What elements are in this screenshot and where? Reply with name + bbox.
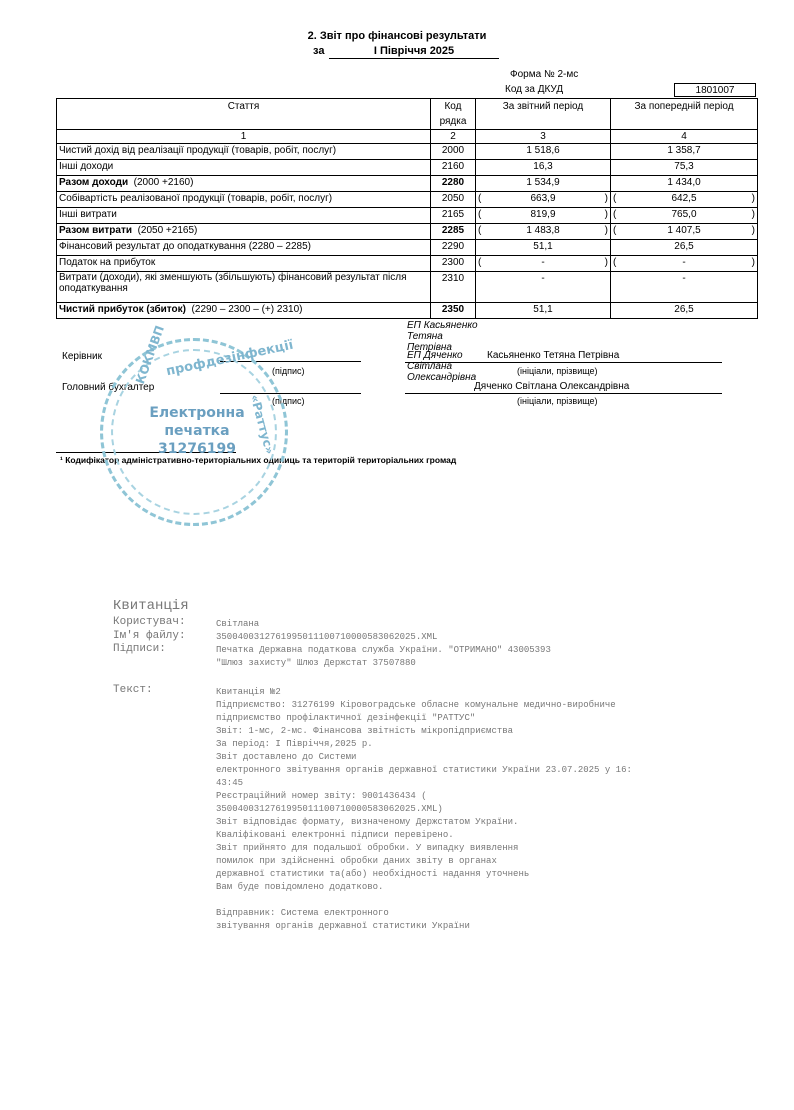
table-row: Витрати (доходи), які зменшують (збільшу… [57,272,758,303]
report-title: 2. Звіт про фінансові результати [0,30,794,42]
row-label: Собівартість реалізованої продукції (тов… [57,192,431,208]
row-current-value: - [476,272,611,303]
electronic-stamp: КОКМВП профдезінфекції «Раттус» Електрон… [100,338,288,526]
period-value: І Півріччя 2025 [329,45,499,59]
header-article: Стаття [57,99,431,130]
table-row: Разом витрати (2050 +2165)2285(1 483,8)(… [57,224,758,240]
receipt-text-line: електронного звітування органів державно… [216,764,632,777]
row-code: 2000 [431,144,476,160]
row-current-value: (-) [476,256,611,272]
row-current-value: 16,3 [476,160,611,176]
row-label-text: Інші витрати [59,209,117,220]
row-current-value: (819,9) [476,208,611,224]
row-previous-value: 26,5 [611,240,758,256]
receipt-text-line: 35004003127619950111007100005830620​25.X… [216,803,632,816]
col-num: 1 [57,130,431,144]
table-row: Собівартість реалізованої продукції (тов… [57,192,758,208]
row-label-text: Чистий дохід від реалізації продукції (т… [59,145,336,156]
accountant-name-line [405,393,722,394]
row-current-value: 51,1 [476,303,611,319]
receipt-sign-2: "Шлюз захисту" Шлюз Держстат 37507880 [216,657,416,670]
row-code: 2165 [431,208,476,224]
row-code: 2300 [431,256,476,272]
receipt-text-line: Підприємство: 31276199 Кіровоградське об… [216,699,632,712]
receipt-text-line: Звіт доставлено до Системи [216,751,632,764]
receipt-file-value: 35004003127619950111007100005830620​25.X… [216,631,437,644]
receipt-text-line: помилок при здійсненні обробки даних зві… [216,855,632,868]
table-row: Інші витрати2165(819,9)(765,0) [57,208,758,224]
director-signature-hint: (підпис) [272,366,305,376]
accountant-name-hint: (ініціали, прізвище) [517,396,598,406]
stamp-line2: печатка [103,423,291,439]
row-code: 2350 [431,303,476,319]
row-previous-value: (1 407,5) [611,224,758,240]
receipt-text-line: підприємство профілактичної дезінфекції … [216,712,632,725]
receipt-title: Квитанція [113,598,189,614]
receipt-text-line [216,894,632,907]
row-label-text: Податок на прибуток [59,257,155,268]
period-prefix: за [313,45,324,57]
receipt-text-line: Відправник: Система електронного [216,907,632,920]
receipt-text-line: Вам буде повідомлено додатково. [216,881,632,894]
row-previous-value: (642,5) [611,192,758,208]
row-label-text: (2000 +2160) [134,177,194,188]
receipt-text-line: звітування органів державної статистики … [216,920,632,933]
row-label: Разом доходи (2000 +2160) [57,176,431,192]
row-label: Чистий прибуток (збиток) (2290 – 2300 – … [57,303,431,319]
receipt-text-body: Квитанція №2Підприємство: 31276199 Кіров… [216,686,632,933]
receipt-text-line: Квитанція №2 [216,686,632,699]
stamp-line3: 31276199 [103,441,291,457]
director-label: Керівник [62,351,102,362]
table-row: Фінансовий результат до оподаткування (2… [57,240,758,256]
row-label: Інші витрати [57,208,431,224]
row-label: Фінансовий результат до оподаткування (2… [57,240,431,256]
table-header-row: Стаття Код рядка За звітний період За по… [57,99,758,130]
row-label: Разом витрати (2050 +2165) [57,224,431,240]
row-current-value: 51,1 [476,240,611,256]
row-label: Інші доходи [57,160,431,176]
row-current-value: 1 534,9 [476,176,611,192]
row-previous-value: 75,3 [611,160,758,176]
row-previous-value: - [611,272,758,303]
receipt-text-line: 43:45 [216,777,632,790]
col-num: 3 [476,130,611,144]
header-current: За звітний період [476,99,611,130]
stamp-line1: Електронна [103,405,291,421]
row-code: 2290 [431,240,476,256]
receipt-user-label: Користувач: [113,616,186,628]
director-name-hint: (ініціали, прізвище) [517,366,598,376]
row-previous-value: (-) [611,256,758,272]
receipt-text-label: Текст: [113,684,153,696]
row-code: 2285 [431,224,476,240]
director-electronic-signature: ЕП Касьяненко Тетяна Петрівна [407,320,487,353]
table-row: Чистий дохід від реалізації продукції (т… [57,144,758,160]
dkud-code: 1801007 [674,83,756,97]
column-number-row: 1 2 3 4 [57,130,758,144]
director-name: Касьяненко Тетяна Петрівна [487,350,619,361]
row-previous-value: (765,0) [611,208,758,224]
row-code: 2160 [431,160,476,176]
report-period: за І Півріччя 2025 [313,45,324,57]
row-label-text: Фінансовий результат до оподаткування (2… [59,241,311,252]
row-code: 2310 [431,272,476,303]
col-num: 2 [431,130,476,144]
accountant-electronic-signature: ЕП Дяченко Світлана Олександрівна [407,350,487,383]
row-label: Витрати (доходи), які зменшують (збільшу… [57,272,431,303]
row-current-value: (663,9) [476,192,611,208]
row-current-value: 1 518,6 [476,144,611,160]
row-code: 2050 [431,192,476,208]
receipt-file-label: Ім'я файлу: [113,630,186,642]
receipt-sign-1: Печатка Державна податкова служба Україн… [216,644,551,657]
row-label-bold: Разом доходи [59,177,128,188]
table-row: Чистий прибуток (збиток) (2290 – 2300 – … [57,303,758,319]
receipt-text-line: Кваліфіковані електронні підписи перевір… [216,829,632,842]
row-code: 2280 [431,176,476,192]
header-code: Код рядка [431,99,476,130]
row-current-value: (1 483,8) [476,224,611,240]
receipt-text-line: Звіт прийнято для подальшої обробки. У в… [216,842,632,855]
row-label-text: (2290 – 2300 – (+) 2310) [192,304,303,315]
receipt-signs-label: Підписи: [113,643,166,655]
row-previous-value: 26,5 [611,303,758,319]
receipt-text-line: Звіт: 1-мс, 2-мс. Фінансова звітність мі… [216,725,632,738]
accountant-name: Дяченко Світлана Олександрівна [474,381,629,392]
row-label-text: Собівартість реалізованої продукції (тов… [59,193,332,204]
row-label: Податок на прибуток [57,256,431,272]
table-row: Разом доходи (2000 +2160)22801 534,91 43… [57,176,758,192]
row-label-text: Інші доходи [59,161,113,172]
col-num: 4 [611,130,758,144]
form-number: Форма № 2-мс [510,69,578,80]
receipt-user-value: Світлана [216,618,259,631]
financial-results-table: Стаття Код рядка За звітний період За по… [56,98,758,319]
row-label: Чистий дохід від реалізації продукції (т… [57,144,431,160]
row-label-bold: Разом витрати [59,225,132,236]
receipt-text-line: державної статистики та(або) необхідност… [216,868,632,881]
row-previous-value: 1 434,0 [611,176,758,192]
receipt-text-line: За період: І Півріччя,2025 р. [216,738,632,751]
dkud-label: Код за ДКУД [505,84,563,95]
receipt-text-line: Реєстраційний номер звіту: 9001436434 ( [216,790,632,803]
table-row: Інші доходи216016,375,3 [57,160,758,176]
table-row: Податок на прибуток2300(-)(-) [57,256,758,272]
receipt-text-line: Звіт відповідає формату, визначеному Дер… [216,816,632,829]
row-label-bold: Чистий прибуток (збиток) [59,304,186,315]
row-previous-value: 1 358,7 [611,144,758,160]
row-label-text: Витрати (доходи), які зменшують (збільшу… [59,272,407,294]
row-label-text: (2050 +2165) [138,225,198,236]
header-previous: За попередній період [611,99,758,130]
